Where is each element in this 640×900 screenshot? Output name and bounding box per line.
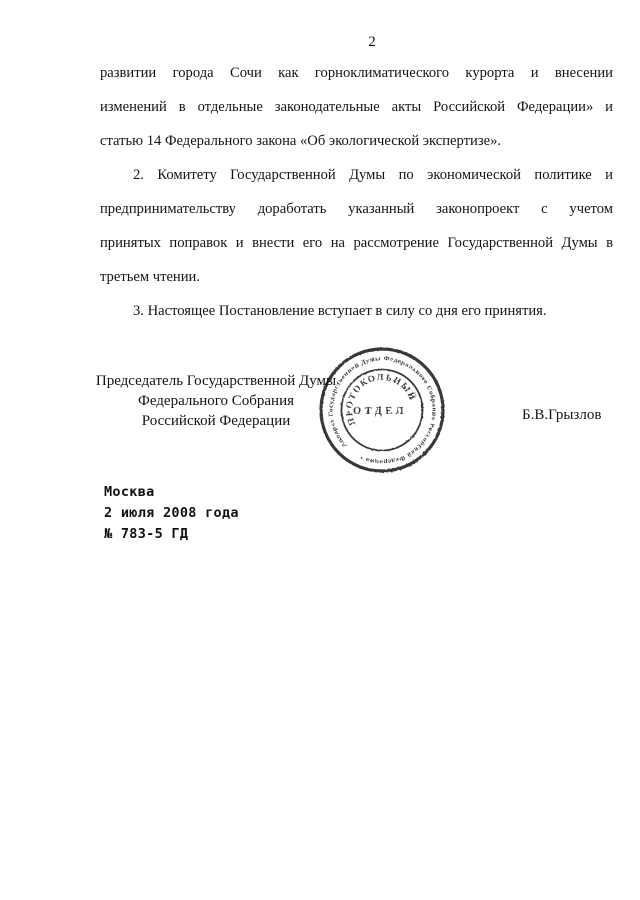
body-line: предпринимательству доработать указанный… bbox=[100, 192, 613, 226]
signature-title-line: Федерального Собрания bbox=[88, 391, 344, 411]
document-body: развитии города Сочи как горноклиматичес… bbox=[100, 56, 613, 328]
issue-date: 2 июля 2008 года bbox=[104, 503, 239, 524]
issue-details-block: Москва 2 июля 2008 года № 783-5 ГД bbox=[104, 482, 239, 545]
document-page: 2 развитии города Сочи как горноклиматич… bbox=[0, 0, 640, 900]
official-round-stamp-icon: Аппарат Государственной Думы Федеральног… bbox=[317, 345, 447, 475]
signature-block: Председатель Государственной Думы Федера… bbox=[88, 371, 344, 431]
body-line: принятых поправок и внести его на рассмо… bbox=[100, 226, 613, 260]
issue-city: Москва bbox=[104, 482, 239, 503]
body-line: статью 14 Федерального закона «Об эколог… bbox=[100, 124, 613, 158]
body-line: изменений в отдельные законодательные ак… bbox=[100, 90, 613, 124]
signature-name: Б.В.Грызлов bbox=[522, 407, 601, 424]
body-line: 2. Комитету Государственной Думы по экон… bbox=[100, 158, 613, 192]
signature-title-line: Российской Федерации bbox=[88, 411, 344, 431]
page-number: 2 bbox=[368, 34, 376, 51]
body-line: 3. Настоящее Постановление вступает в си… bbox=[100, 294, 613, 328]
document-number: № 783-5 ГД bbox=[104, 524, 239, 545]
body-line: развитии города Сочи как горноклиматичес… bbox=[100, 56, 613, 90]
signature-title-line: Председатель Государственной Думы bbox=[88, 371, 344, 391]
stamp-center-text: ОТДЕЛ bbox=[353, 406, 407, 417]
body-line: третьем чтении. bbox=[100, 260, 613, 294]
